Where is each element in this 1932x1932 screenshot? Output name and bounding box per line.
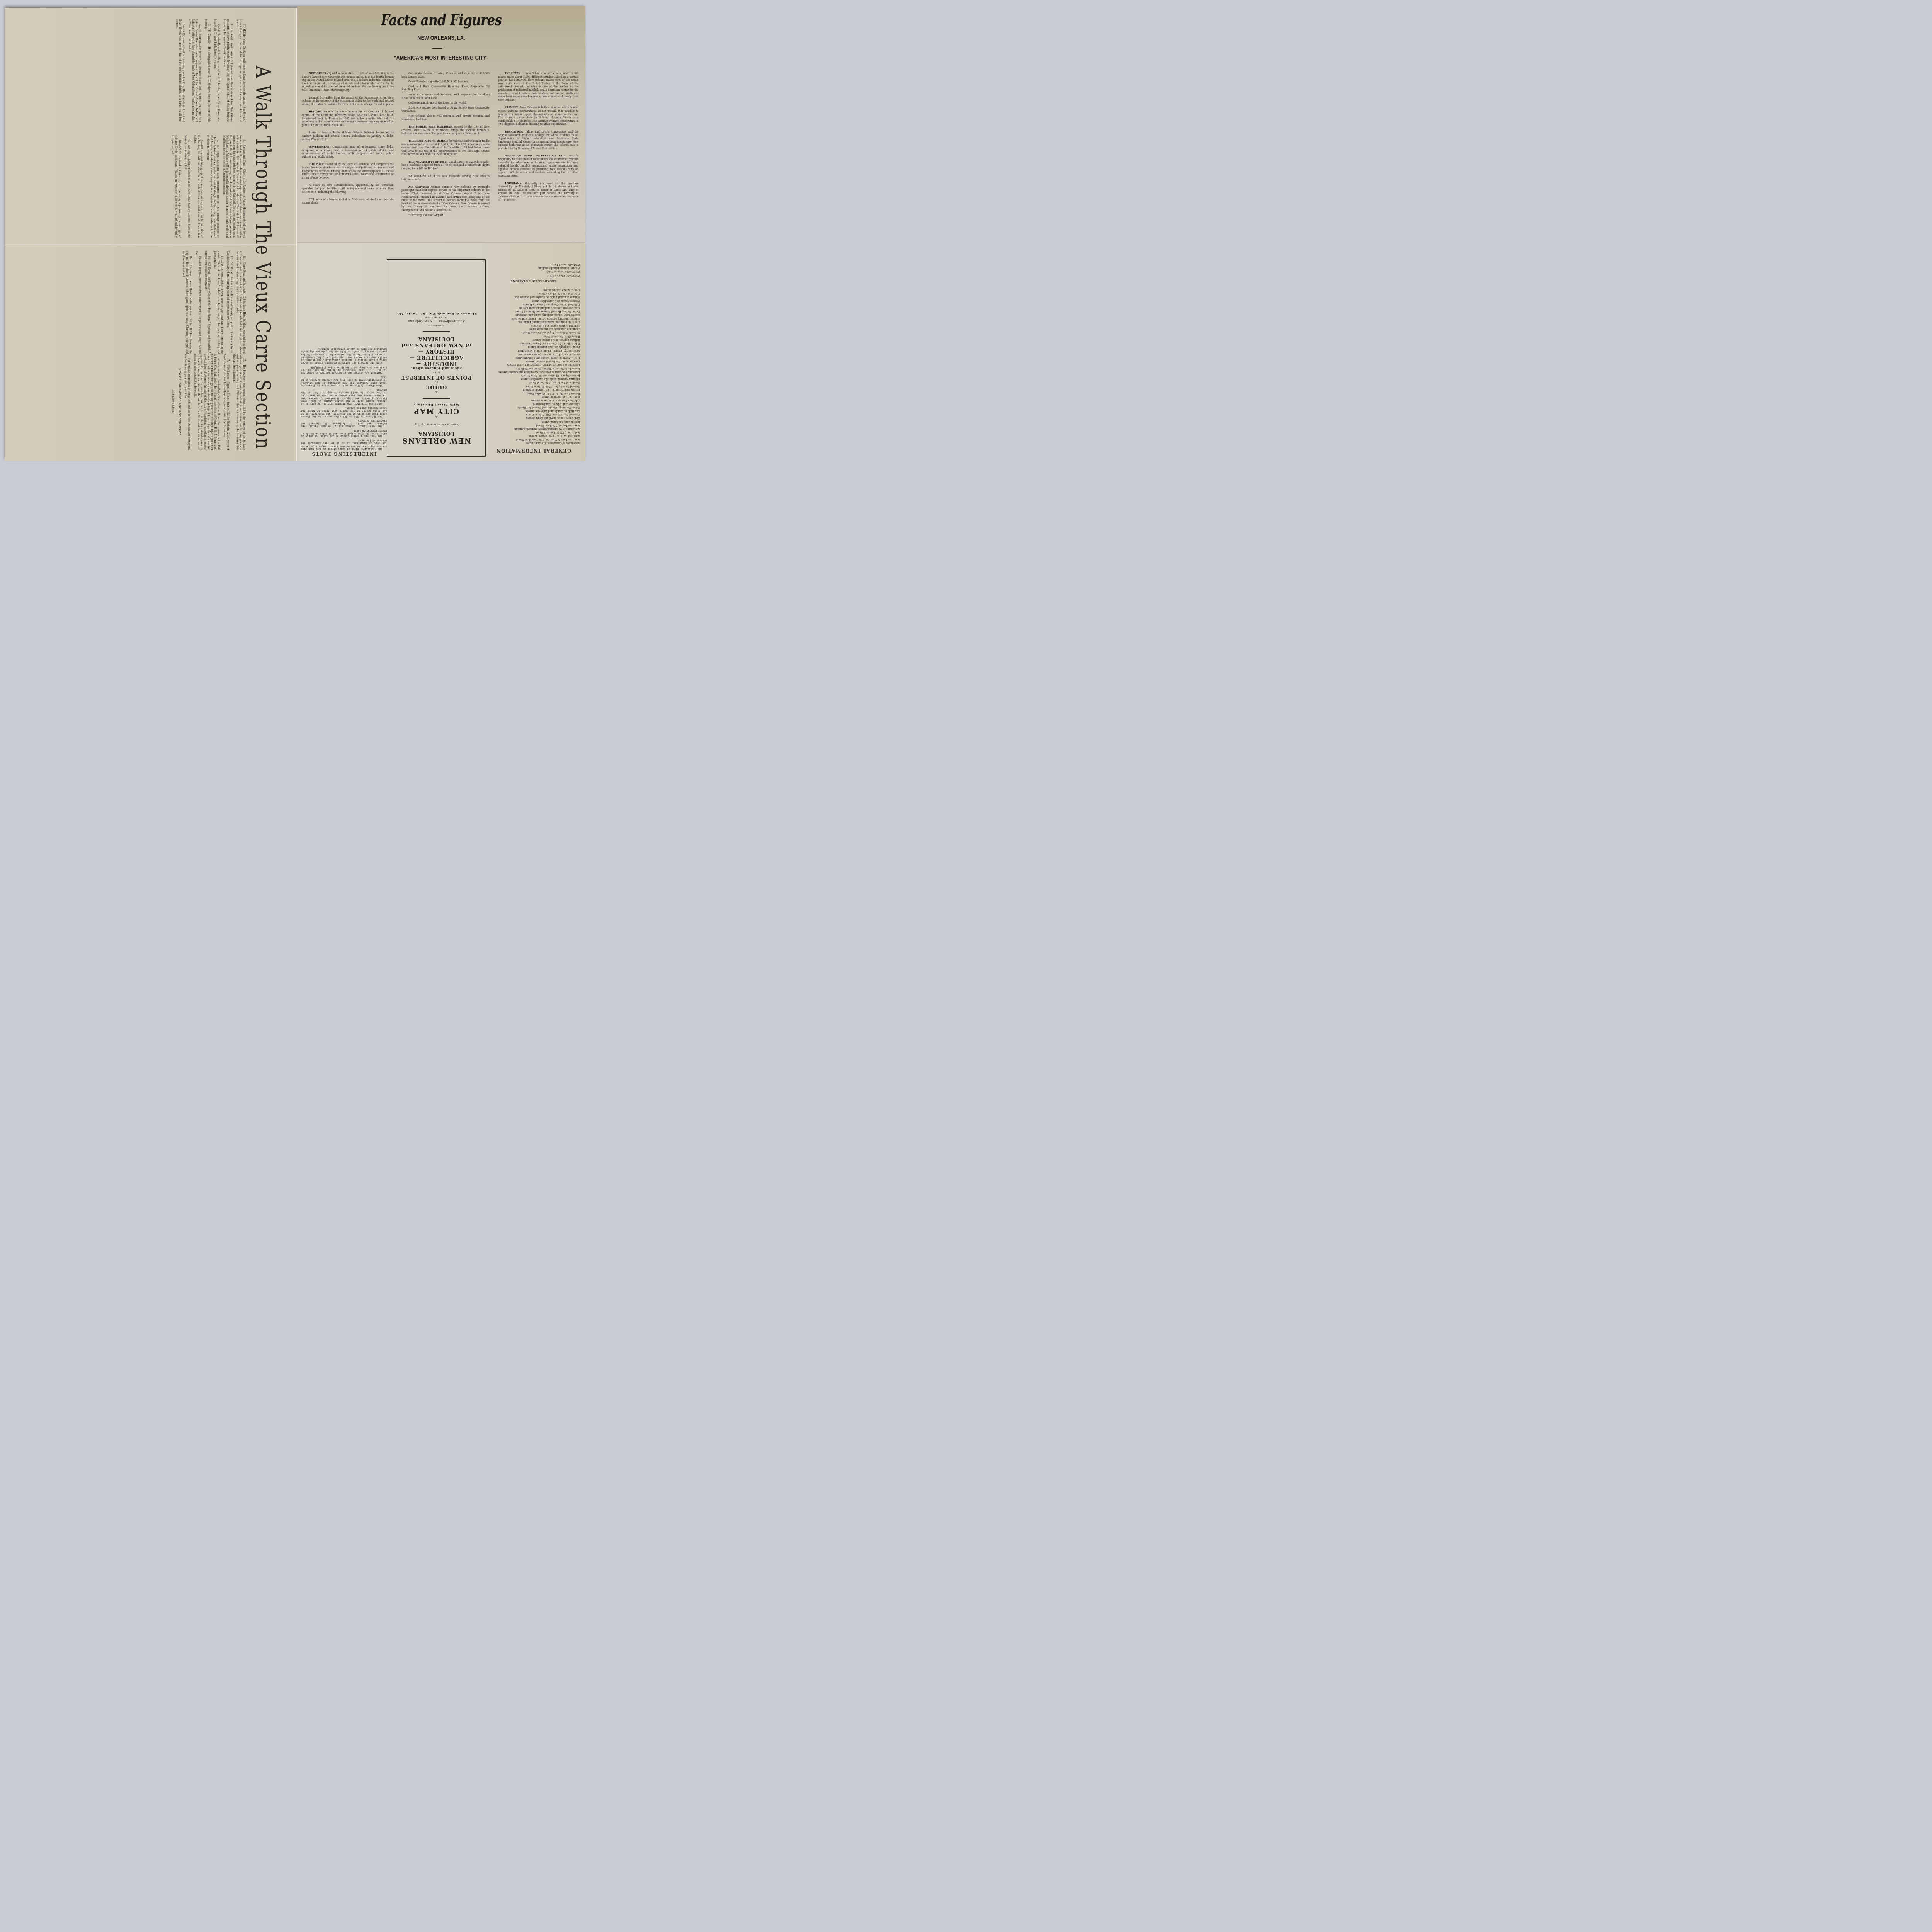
walk-title: A Walk Through The Vieux Carre Section	[251, 66, 275, 413]
walk-panel-rotated: A Walk Through The Vieux Carre Section T…	[5, 8, 296, 461]
interesting-facts-title: INTERESTING FACTS	[301, 452, 387, 455]
info-list-item: Postal Telegraph Co., 520 Baronne Street	[487, 345, 580, 349]
cover-divider	[423, 398, 450, 399]
walk-entry: 5—334 Royal—Old Bank of Louisiana, erect…	[175, 19, 185, 122]
cover-points: POINTS OF INTEREST	[388, 374, 485, 380]
facts-paragraph: RAILROADS: All of the nine railroads ser…	[401, 175, 490, 181]
cover-new-orleans: NEW ORLEANS	[388, 436, 485, 444]
facts-paragraph: GOVERNMENT: Commission form of governmen…	[302, 145, 394, 158]
info-list-item: Greyhound Bus Lines, 1520 Canal Street	[487, 381, 580, 384]
info-list-item: Air Service, New Orleans Airport (former…	[487, 427, 580, 430]
cover-industry: INDUSTRY —	[388, 360, 485, 366]
facts-paragraph: Coffee terminal, one of the finest in th…	[401, 101, 490, 105]
cover-distributor-address: 217 Canal Street	[388, 316, 485, 319]
walk-entry: 12.—520 Royal—Built as a town house and …	[226, 251, 233, 354]
info-list-item: Y. M. C. A., 936 St. Charles Street	[487, 292, 580, 295]
facts-footnote: * Formerly Shushan Airport.	[401, 214, 490, 217]
fact-paragraph: THE MISSISSIPPI RIVER at Canal Street is…	[301, 439, 387, 450]
info-list-item: New Charity Hospital, Tulane and La Sall…	[487, 349, 580, 352]
walk-columns: TO SEE the Vieux Carré, our walk starts …	[6, 8, 246, 461]
facts-paragraph: THE PUBLIC BELT RAILROAD, owned by the C…	[401, 125, 490, 135]
cover-distributors-label: Distributors	[388, 323, 485, 327]
facts-paragraph: AMERICA’S MOST INTERESTING CITY accords …	[498, 154, 578, 177]
walk-entry: 8.—400 Royal—A large group of historical…	[193, 135, 203, 238]
facts-title: Facts and Figures	[323, 11, 560, 29]
facts-paragraph: Coal and Bulk Commodity Handling Plant, …	[401, 85, 490, 92]
facts-column-1: NEW ORLEANS, with a population in 1939 o…	[302, 72, 394, 209]
info-list-item: WDSU—Monteleone Hotel	[487, 270, 580, 273]
info-list-item: American Bank & Trust Co., 200 Carondele…	[487, 437, 580, 441]
cover-with: WITH	[388, 371, 485, 374]
info-list-item: Telephone Company, 520 Baronne Street	[487, 327, 580, 331]
info-list-item: WWL—Roosevelt Hotel	[487, 263, 580, 266]
info-list-item: St. Louis Cathedral, Royal and Orleans S…	[487, 331, 580, 334]
broadcasting-title: BROADCASTING STATIONS	[487, 279, 580, 283]
cover-louisiana: LOUISIANA	[388, 430, 485, 436]
info-list-item: Criminal Court House, 2700 Tulane Avenue	[487, 413, 580, 416]
cover-distributor: A. Hirschwitz — New Orleans	[388, 319, 485, 323]
facts-paragraph: INDUSTRY: In New Orleans industrial zone…	[498, 72, 578, 102]
title-divider	[432, 48, 442, 49]
cover-divider	[423, 331, 450, 332]
cover-of-new-orleans: of NEW ORLEANS and	[388, 342, 485, 348]
info-list-item: Terminal Station, Canal and Elks Place	[487, 324, 580, 327]
info-list-item: Elks Hall, 705 Common Street	[487, 395, 580, 398]
facts-paragraph: Scene of famous Battle of New Orleans be…	[302, 131, 394, 141]
info-list-item: General Laundry Inc., 2526 St. Peter Str…	[487, 384, 580, 388]
facts-paragraph: Located 107 miles from the mouth of the …	[302, 96, 394, 106]
association-signature: NEW ORLEANS ASSOCIATION OF COMMERCE	[177, 354, 181, 450]
walk-entry: 7.—417 Royal—Louisiana Bank, established…	[206, 135, 219, 238]
facts-paragraph: New Orleans also is well equipped with p…	[401, 114, 490, 121]
walk-column-4: 37.—The Presbytery was erected about 181…	[171, 354, 246, 450]
info-list-item: Civil Court House, Royal and Conti Stree…	[487, 416, 580, 420]
info-list-item: Public Library, St. Charles and Howard A…	[487, 342, 580, 345]
broadcasting-list: WNOE—St. Charles HotelWDSU—Monteleone Ho…	[487, 263, 580, 277]
facts-paragraph: THE MISSISSIPPI RIVER at Canal Street is…	[401, 160, 490, 170]
fact-paragraph: When Thomas Jefferson sent a commission …	[301, 376, 387, 387]
facts-paragraph: 7.71 miles of wharves, including 5.50 mi…	[302, 198, 394, 204]
walk-entry: 48.—Decatur and Canal—United States Cust…	[193, 354, 220, 450]
facts-subtitle: NEW ORLEANS, LA.	[319, 35, 564, 41]
info-list-item: Tulane University Medical School, Tulane…	[487, 316, 580, 320]
fact-paragraph: New Orleans is 300 to 600 miles nearer t…	[301, 406, 387, 418]
general-info-title: GENERAL INFORMATION	[487, 449, 580, 452]
walk-entry: 47.—540 Chartres—Napoleon House, built i…	[223, 354, 230, 450]
cover-history: HISTORY —	[388, 348, 485, 354]
facts-paragraph: Banana Conveyors and Terminal, with capa…	[401, 93, 490, 100]
walk-entry: 4—238 Bourbon—The historic Old Absinthe …	[188, 19, 201, 122]
info-list-item: Cotton Exchange, Gravier and Carondelet …	[487, 406, 580, 409]
facts-paragraph: A Board of Port Commissioners, appointed…	[302, 184, 394, 194]
cover-louisiana-2: LOUISIANA	[388, 335, 485, 342]
walk-entry: For complete information on things to do…	[184, 354, 190, 450]
facts-paragraph: AIR SERVICE: Airlines connect New Orlean…	[401, 185, 490, 212]
cover-street-directory: With Street Directory	[388, 403, 485, 407]
walk-column-3: 11.—Corner Royal and St. Louis—Old St. L…	[179, 251, 246, 354]
upside-down-content: GENERAL INFORMATION Association of Comme…	[297, 243, 585, 461]
info-list-item: Rotary Club, Roosevelt Hotel	[487, 335, 580, 338]
info-list-item: Whitney National Bank, St. Charles and G…	[487, 295, 580, 299]
facts-paragraph: THE HUEY P. LONG BRIDGE for railroad and…	[401, 139, 490, 156]
horizontal-fold-crease	[5, 244, 296, 245]
walk-column-1: TO SEE the Vieux Carré, our walk starts …	[172, 19, 246, 122]
info-list-item: Lee Circle, St. Charles and Howard Avenu…	[487, 359, 580, 363]
cover-agriculture: AGRICULTURE —	[388, 354, 485, 360]
info-list-item: U. S. Post Office, Camp and Lafayette St…	[487, 303, 580, 306]
facts-paragraph: EDUCATION: Tulane and Loyola Universitie…	[498, 130, 578, 150]
info-list-item: Association of Commerce, 315 Camp Street	[487, 441, 580, 445]
info-list-item: Federal Reserve Bank, 147 Carondelet Str…	[487, 388, 580, 391]
association-address: 315 Camp Street	[171, 354, 174, 450]
facts-tagline: “AMERICA’S MOST INTERESTING CITY”	[319, 54, 564, 61]
folded-brochure-sheet: A Walk Through The Vieux Carre Section T…	[5, 8, 584, 461]
cover-city-map: CITY MAP	[388, 407, 485, 415]
walk-entry: 6.—Rampart and Conti—Church of St. Antho…	[222, 135, 246, 238]
info-list-item: Auto Club (A. A. A.), 835 Howard Avenue.	[487, 434, 580, 437]
walk-entry: 11.—Corner Royal and St. Louis—Old St. L…	[236, 251, 246, 354]
facts-paragraph: HISTORY: Founded by Bienville as a Frenc…	[302, 110, 394, 127]
fact-paragraph: With the inbound and outbound movement e…	[301, 347, 387, 364]
facts-paragraph: THE PORT: Is owned by the State of Louis…	[302, 163, 394, 179]
right-half: Facts and Figures NEW ORLEANS, LA. “AMER…	[297, 6, 585, 461]
walk-entry: 9.—529 Royal—Locally referred to as the …	[184, 135, 190, 238]
info-list-item: Boston Club, 824 Canal Street	[487, 420, 580, 423]
facts-paragraph: NEW ORLEANS, with a population in 1939 o…	[302, 72, 394, 92]
walk-entry: 13.—708 Toulouse—Robert Ribeon, actor of…	[213, 251, 223, 354]
info-list-item: American Legion, 334 Royal Street	[487, 423, 580, 427]
general-info-list: Association of Commerce, 315 Camp Street…	[487, 288, 580, 445]
info-list-item: Federal Land Bank, 860 St. Charles Stree…	[487, 391, 580, 395]
walk-entry: 3—719 Bienville—The distinguished actor,…	[204, 19, 211, 122]
info-list-item: Auditorium, 727 N. Rampart Street	[487, 430, 580, 434]
facts-paragraph: CLIMATE: New Orleans is both a summer an…	[498, 106, 578, 126]
info-list-item: Cabildo, Chartres and St. Peter Streets	[487, 398, 580, 402]
info-list-item: Y. W. C. A. 929 Gravier Street	[487, 288, 580, 292]
interesting-facts: INTERESTING FACTS THE MISSISSIPPI RIVER …	[301, 346, 387, 455]
facts-column-2: Cotton Warehouse, covering 33 acres, wit…	[401, 72, 490, 221]
info-list-item: Union Station, Howard Avenue and Rampart…	[487, 310, 580, 313]
facts-paragraph: Cotton Warehouse, covering 33 acres, wit…	[401, 72, 490, 78]
fact-paragraph: The Port limits include all of Orleans P…	[301, 419, 387, 428]
upside-down-panel: GENERAL INFORMATION Association of Comme…	[297, 243, 585, 461]
info-list-item: Site for New Federal Building, Camp and …	[487, 313, 580, 316]
walk-entry: 14.—613 Royal—Well-known “Court of the T…	[204, 251, 211, 354]
facts-and-figures-panel: Facts and Figures NEW ORLEANS, LA. “AMER…	[297, 6, 585, 242]
fact-paragraph: “Without New Orleans all of Western Amer…	[301, 366, 387, 374]
info-list-item: WNOE—St. Charles Hotel	[487, 273, 580, 277]
general-information: GENERAL INFORMATION Association of Comme…	[487, 263, 580, 452]
facts-column-3: INDUSTRY: In New Orleans industrial zone…	[498, 72, 578, 206]
cover-a1: A	[388, 415, 485, 419]
walk-entry: 37.—The Presbytery was erected about 181…	[232, 354, 246, 450]
city-map-cover: NEW ORLEANS LOUISIANA “America’s Most In…	[387, 259, 486, 457]
walk-column-2: 6.—Rampart and Conti—Church of St. Antho…	[168, 135, 246, 238]
walk-entry: 15.—631 Royal—Former residence and court…	[195, 251, 201, 354]
fact-paragraph: The Port has a waterfrontage of 138 mile…	[301, 429, 387, 437]
info-list-item: Louisiana & Arkansas Station, Rampart an…	[487, 363, 580, 366]
walk-entry: TO SEE the Vieux Carré, our walk starts …	[236, 19, 246, 122]
walk-entry: 10.—620 St. Louis—The Grima House, repre…	[171, 135, 181, 238]
info-list-item: National Bank of Commerce, 210 Baronne S…	[487, 352, 580, 356]
cover-to: TO	[388, 380, 485, 384]
walk-entry: 2—140 Royal—This old building, erected i…	[213, 19, 220, 122]
cover-a2: A	[388, 390, 485, 394]
info-list-item: Western Union, 334 Carondelet Street	[487, 299, 580, 302]
info-list-item: City Hall, St. Charles and Lafayette Str…	[487, 409, 580, 413]
facts-paragraph: LOUISIANA: Originally embraced all the t…	[498, 182, 578, 202]
info-list-item: Hibernia National Bank, 313 Carondelet S…	[487, 377, 580, 381]
walk-entry: 16.—718 St. Peter—Tabary Theatre located…	[182, 251, 192, 354]
facts-paragraph: 1,000,000 square feet leased in Army Sup…	[401, 106, 490, 113]
info-list-item: Choctaw Club, 518 St. Charles Street	[487, 402, 580, 405]
info-list-item: Louisville & Nashville Station, Canal an…	[487, 366, 580, 370]
facts-paragraph: Grain Elevator, capacity 2,600,000,000 b…	[401, 80, 490, 83]
cover-tagline: “America’s Most Interesting City”	[388, 423, 485, 426]
cover-facts-about: Facts and Figures About	[388, 366, 485, 371]
fact-paragraph: Louisiana territory, now divided into al…	[301, 388, 387, 405]
walk-entry: 1—127 Royal—First Carnival ball planned …	[223, 19, 233, 122]
walk-panel: A Walk Through The Vieux Carre Section T…	[5, 8, 296, 461]
info-list-item: Jackson Square, Chartres and St. Peter S…	[487, 374, 580, 377]
info-list-item: L. S. U. Medical Center, Tulane and Clai…	[487, 356, 580, 359]
info-list-item: Louisiana Sav. Bank & Trust Co., Caronde…	[487, 370, 580, 374]
info-list-item: WSMB—Maison Blanche Building	[487, 266, 580, 270]
info-list-item: U. S. Customs House, Canal and Decatur S…	[487, 306, 580, 310]
cover-publisher: Skinner & Kennedy Co.—St. Louis, Mo.	[388, 311, 485, 316]
cover-guide: GUIDE	[388, 384, 485, 390]
info-list-item: Railway Express, 601 Baronne Street	[487, 338, 580, 342]
info-list-item: T. P. & M. P. Station, Annunciation and …	[487, 320, 580, 324]
